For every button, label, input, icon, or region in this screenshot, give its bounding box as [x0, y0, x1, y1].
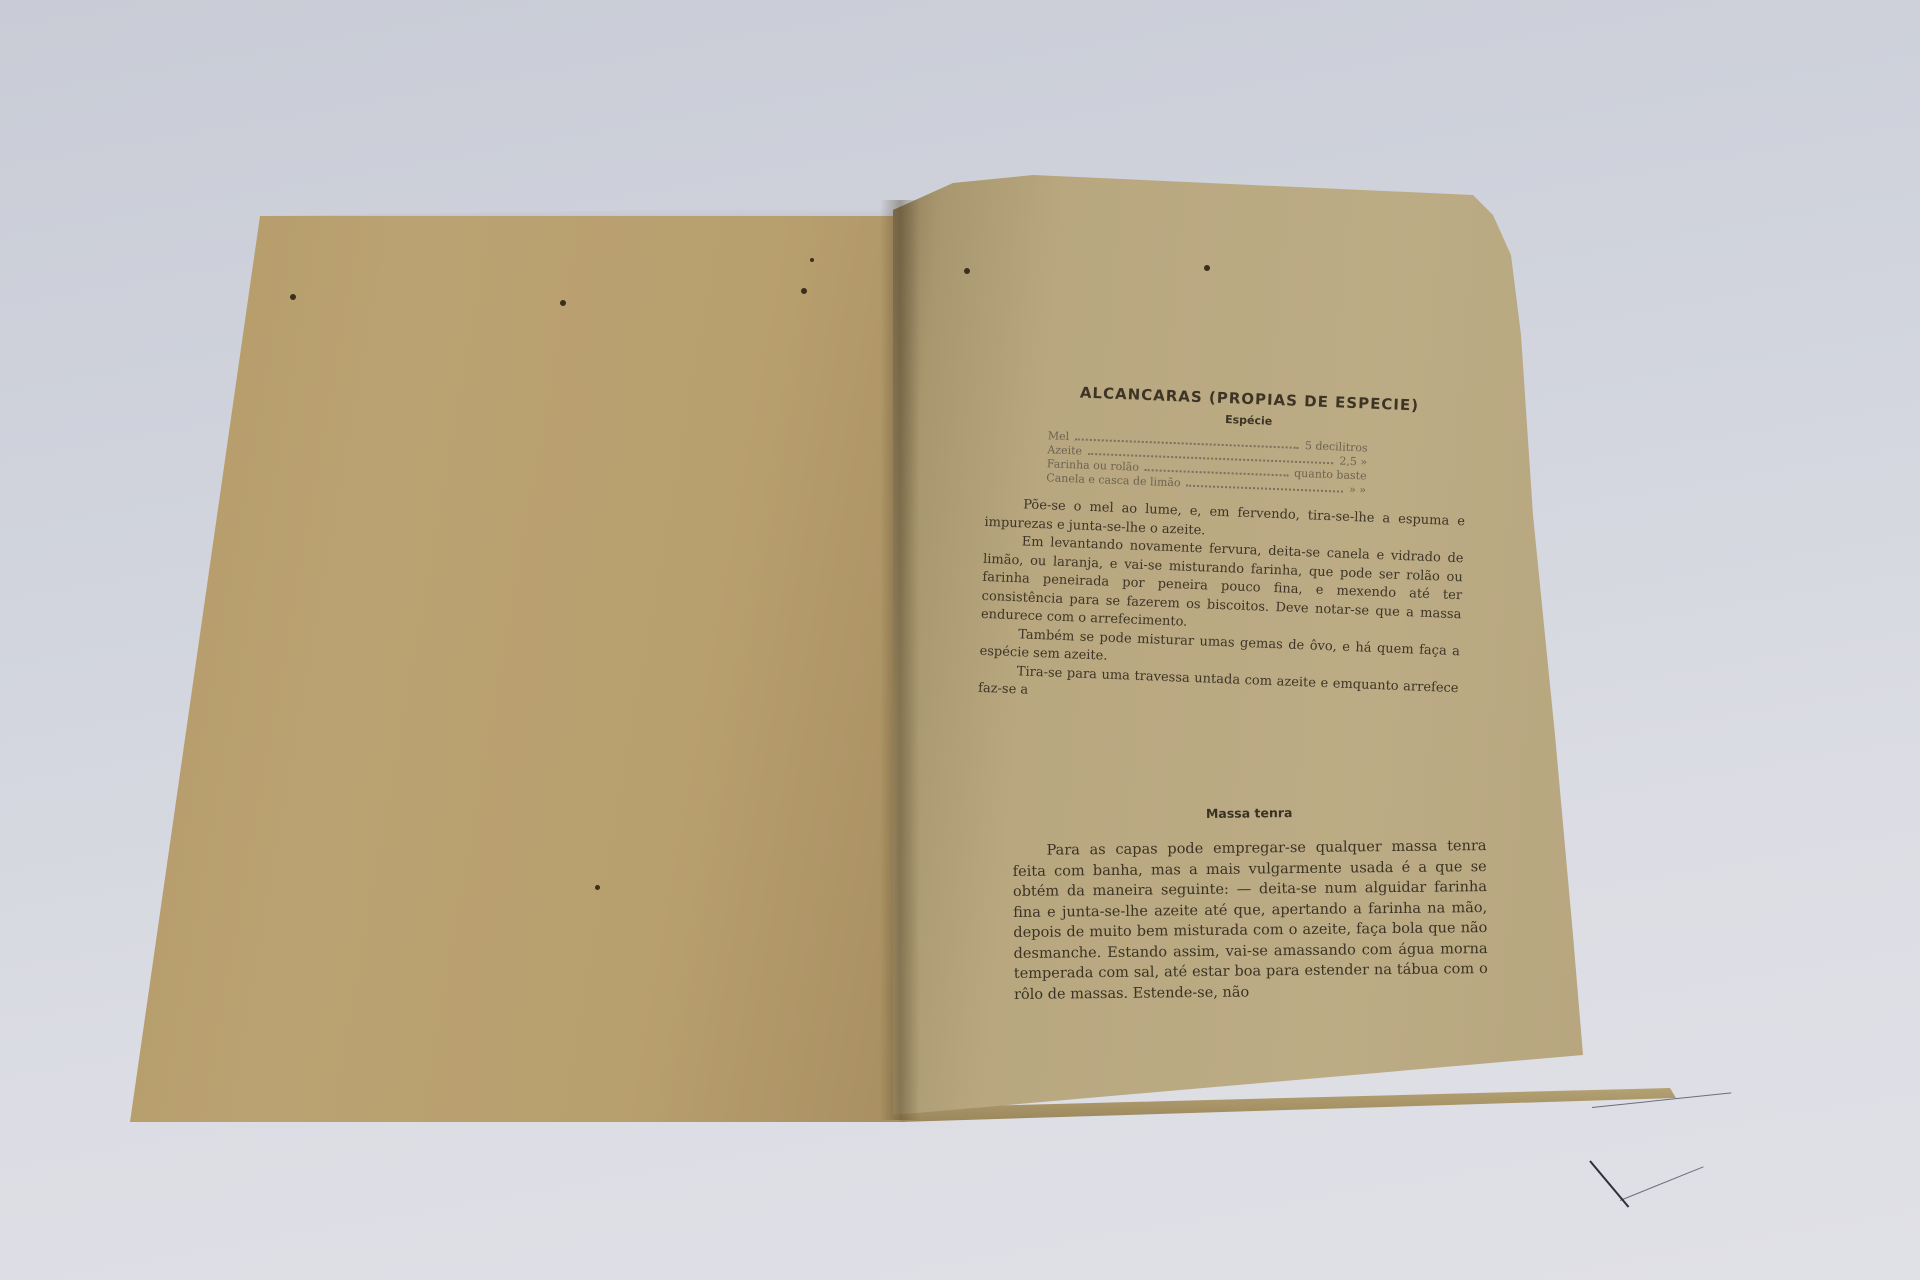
section-paragraph: Para as capas pode empregar-se qualquer …	[1012, 836, 1488, 1005]
paper-spot	[801, 288, 807, 294]
photo-scene: ALCANCARAS (PROPIAS DE ESPECIE) Espécie …	[0, 0, 1920, 1280]
ingredient-amount: » »	[1349, 483, 1366, 498]
recipe-paragraph: Em levantando novamente fervura, deita-s…	[981, 532, 1464, 643]
paper-spot	[964, 268, 970, 274]
paper-spot	[290, 294, 296, 300]
recipe-text-upper: ALCANCARAS (PROPIAS DE ESPECIE) Espécie …	[978, 380, 1470, 717]
left-page-blank	[130, 216, 905, 1122]
ingredient-amount: 2,5 »	[1339, 454, 1367, 469]
paper-spot	[810, 258, 814, 262]
open-book: ALCANCARAS (PROPIAS DE ESPECIE) Espécie …	[0, 0, 1920, 1280]
paper-spot	[1204, 265, 1210, 271]
ingredient-name: Azeite	[1047, 443, 1082, 458]
ingredient-name: Mel	[1048, 429, 1070, 444]
paper-spot	[595, 885, 600, 890]
paper-spot	[560, 300, 566, 306]
recipe-text-lower: Massa tenra Para as capas pode empregar-…	[1012, 795, 1488, 1005]
section-title: Massa tenra	[1012, 803, 1486, 823]
book-spine-shadow	[880, 200, 920, 1120]
